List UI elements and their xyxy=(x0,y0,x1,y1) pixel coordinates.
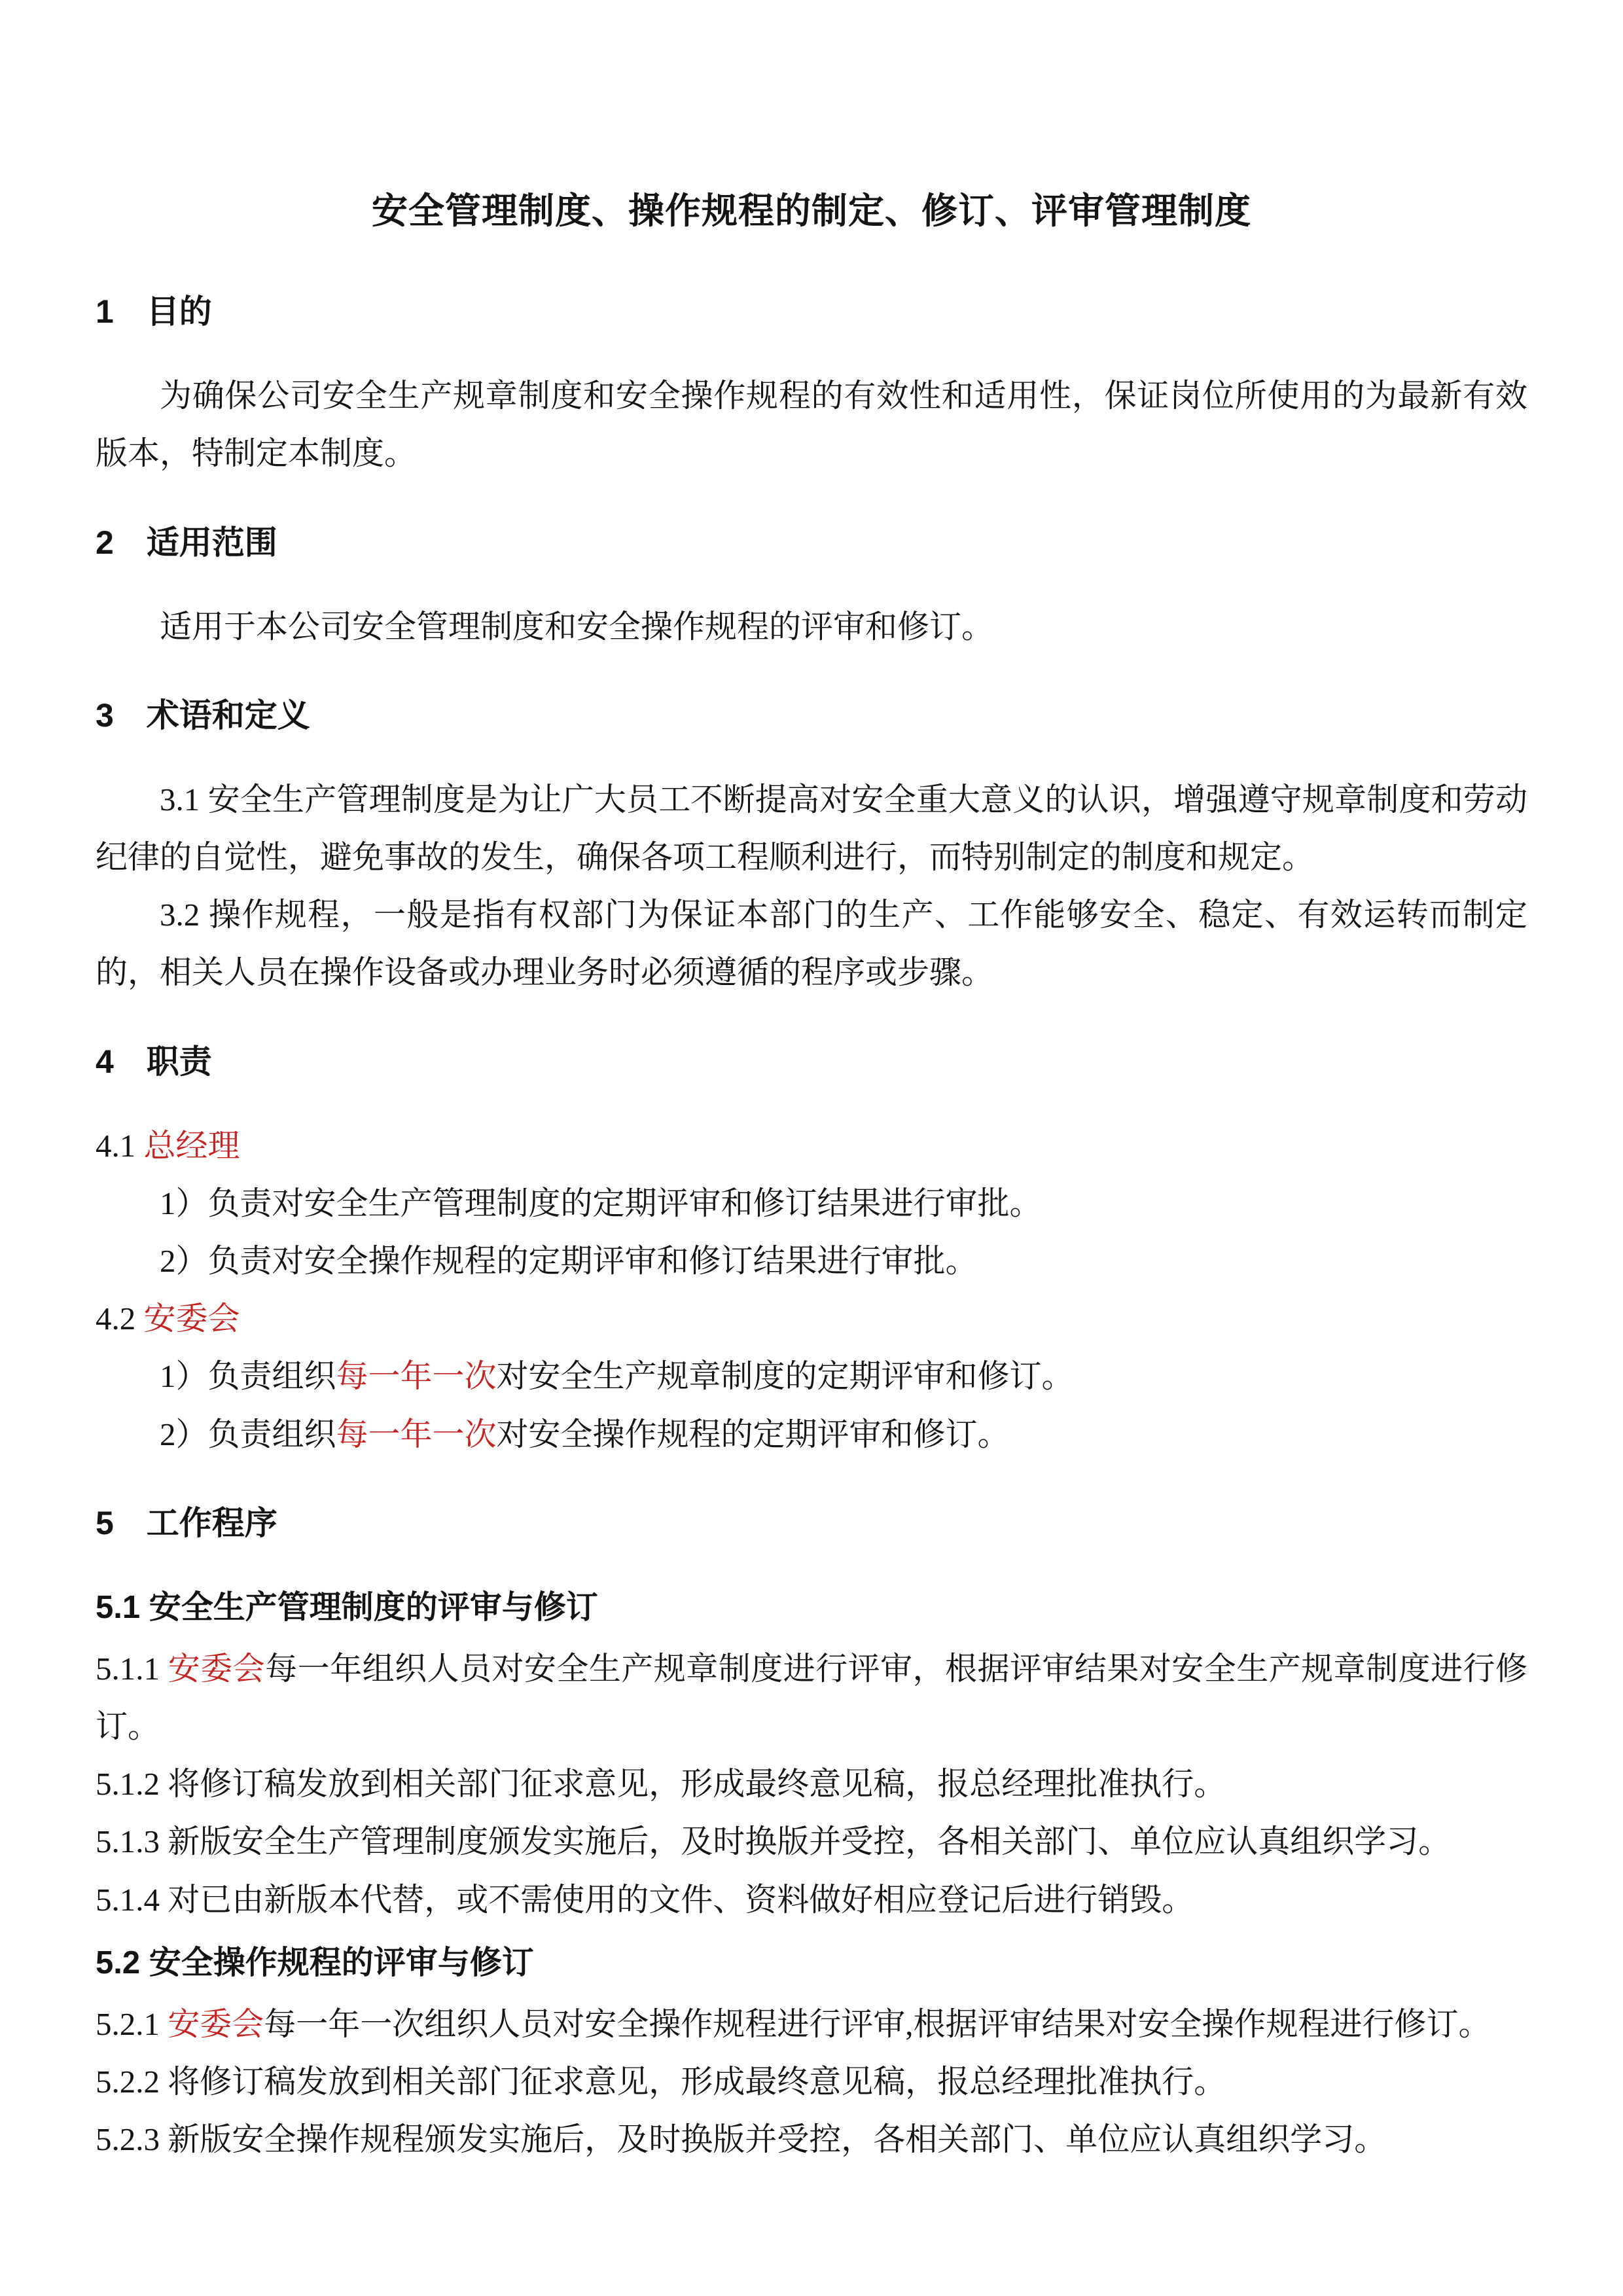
paragraph-5-2-2: 5.2.2 将修订稿发放到相关部门征求意见，形成最终意见稿，报总经理批准执行。 xyxy=(96,2053,1527,2111)
text-run: 3.1 安全生产管理制度是为让广大员工不断提高对安全重大意义的认识，增强遵守规章… xyxy=(96,781,1527,875)
text-run: 1）负责组织 xyxy=(160,1358,336,1394)
highlighted-text: 每一年一次 xyxy=(336,1358,497,1394)
highlighted-text: 安委会 xyxy=(144,1300,240,1336)
text-run: 5.2 安全操作规程的评审与修订 xyxy=(96,1945,534,1981)
subsection-5-1: 5.1 安全生产管理制度的评审与修订 xyxy=(96,1579,1527,1636)
document-page: 安全管理制度、操作规程的制定、修订、评审管理制度 1 目的为确保公司安全生产规章… xyxy=(0,0,1623,2296)
text-run: 5.2.1 xyxy=(96,2006,168,2042)
text-run: 1 目的 xyxy=(96,293,212,330)
list-item-4-2-1: 1）负责组织每一年一次对安全生产规章制度的定期评审和修订。 xyxy=(96,1348,1527,1405)
paragraph-5-1-3: 5.1.3 新版安全生产管理制度颁发实施后，及时换版并受控，各相关部门、单位应认… xyxy=(96,1813,1527,1871)
paragraph-5-1-1: 5.1.1 安委会每一年组织人员对安全生产规章制度进行评审，根据评审结果对安全生… xyxy=(96,1640,1527,1755)
text-run: 2）负责对安全操作规程的定期评审和修订结果进行审批。 xyxy=(160,1243,978,1279)
subsection-5-2: 5.2 安全操作规程的评审与修订 xyxy=(96,1934,1527,1992)
list-item-4-2-2: 2）负责组织每一年一次对安全操作规程的定期评审和修订。 xyxy=(96,1406,1527,1463)
text-run: 5.1.3 新版安全生产管理制度颁发实施后，及时换版并受控，各相关部门、单位应认… xyxy=(96,1823,1450,1859)
paragraph-term-3-1: 3.1 安全生产管理制度是为让广大员工不断提高对安全重大意义的认识，增强遵守规章… xyxy=(96,771,1527,886)
document-body: 1 目的为确保公司安全生产规章制度和安全操作规程的有效性和适用性，保证岗位所使用… xyxy=(96,282,1527,2168)
text-run: 5.1.4 对已由新版本代替，或不需使用的文件、资料做好相应登记后进行销毁。 xyxy=(96,1882,1194,1918)
text-run: 5.1 安全生产管理制度的评审与修订 xyxy=(96,1590,598,1625)
paragraph-scope: 适用于本公司安全管理制度和安全操作规程的评审和修订。 xyxy=(96,598,1527,656)
text-run: 2 适用范围 xyxy=(96,524,277,561)
text-run: 适用于本公司安全管理制度和安全操作规程的评审和修订。 xyxy=(160,609,993,645)
text-run: 对安全生产规章制度的定期评审和修订。 xyxy=(497,1358,1074,1394)
paragraph-term-3-2: 3.2 操作规程，一般是指有权部门为保证本部门的生产、工作能够安全、稳定、有效运… xyxy=(96,886,1527,1001)
text-run: 4.1 xyxy=(96,1128,144,1164)
paragraph-5-1-4: 5.1.4 对已由新版本代替，或不需使用的文件、资料做好相应登记后进行销毁。 xyxy=(96,1871,1527,1929)
paragraph-5-2-3: 5.2.3 新版安全操作规程颁发实施后，及时换版并受控，各相关部门、单位应认真组… xyxy=(96,2111,1527,2168)
list-item-4-1-1: 1）负责对安全生产管理制度的定期评审和修订结果进行审批。 xyxy=(96,1175,1527,1232)
text-run: 4 职责 xyxy=(96,1043,212,1080)
paragraph-5-2-1: 5.2.1 安委会每一年一次组织人员对安全操作规程进行评审,根据评审结果对安全操… xyxy=(96,1996,1527,2053)
list-item-4-1-2: 2）负责对安全操作规程的定期评审和修订结果进行审批。 xyxy=(96,1232,1527,1290)
text-run: 为确保公司安全生产规章制度和安全操作规程的有效性和适用性，保证岗位所使用的为最新… xyxy=(96,378,1527,471)
section-heading-4: 4 职责 xyxy=(96,1032,1527,1091)
highlighted-text: 每一年一次 xyxy=(336,1416,497,1452)
text-run: 5.2.2 将修订稿发放到相关部门征求意见，形成最终意见稿，报总经理批准执行。 xyxy=(96,2064,1226,2100)
section-heading-2: 2 适用范围 xyxy=(96,513,1527,572)
paragraph-5-1-2: 5.1.2 将修订稿发放到相关部门征求意见，形成最终意见稿，报总经理批准执行。 xyxy=(96,1755,1527,1813)
text-run: 2）负责组织 xyxy=(160,1416,336,1452)
highlighted-text: 安委会 xyxy=(168,2006,264,2042)
section-heading-3: 3 术语和定义 xyxy=(96,686,1527,745)
subsection-4-2: 4.2 安委会 xyxy=(96,1290,1527,1348)
text-run: 每一年组织人员对安全生产规章制度进行评审，根据评审结果对安全生产规章制度进行修订… xyxy=(96,1651,1527,1744)
text-run: 5.1.1 xyxy=(96,1651,168,1687)
subsection-4-1: 4.1 总经理 xyxy=(96,1117,1527,1175)
text-run: 5 工作程序 xyxy=(96,1505,277,1541)
text-run: 1）负责对安全生产管理制度的定期评审和修订结果进行审批。 xyxy=(160,1185,1042,1221)
section-heading-5: 5 工作程序 xyxy=(96,1494,1527,1552)
highlighted-text: 总经理 xyxy=(144,1128,240,1164)
highlighted-text: 安委会 xyxy=(168,1651,265,1687)
section-heading-1: 1 目的 xyxy=(96,282,1527,341)
text-run: 5.2.3 新版安全操作规程颁发实施后，及时换版并受控，各相关部门、单位应认真组… xyxy=(96,2121,1386,2157)
text-run: 3 术语和定义 xyxy=(96,697,310,734)
document-title: 安全管理制度、操作规程的制定、修订、评审管理制度 xyxy=(96,187,1527,235)
text-run: 3.2 操作规程，一般是指有权部门为保证本部门的生产、工作能够安全、稳定、有效运… xyxy=(96,897,1527,990)
text-run: 每一年一次组织人员对安全操作规程进行评审,根据评审结果对安全操作规程进行修订。 xyxy=(264,2006,1490,2042)
paragraph-purpose: 为确保公司安全生产规章制度和安全操作规程的有效性和适用性，保证岗位所使用的为最新… xyxy=(96,367,1527,482)
text-run: 对安全操作规程的定期评审和修订。 xyxy=(497,1416,1010,1452)
text-run: 4.2 xyxy=(96,1300,144,1336)
text-run: 5.1.2 将修订稿发放到相关部门征求意见，形成最终意见稿，报总经理批准执行。 xyxy=(96,1766,1226,1802)
